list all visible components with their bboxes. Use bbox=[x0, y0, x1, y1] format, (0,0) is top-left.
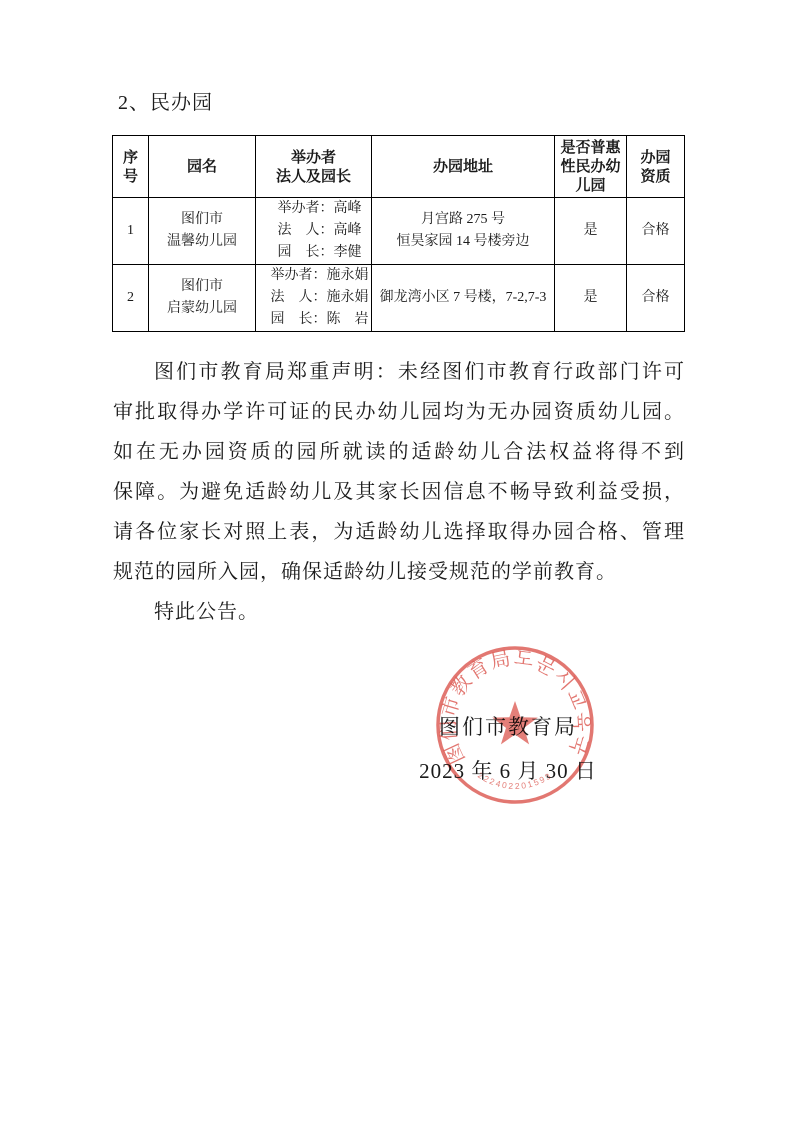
kindergarten-table: 序 号 园名 举办者 法人及园长 办园地址 是否普惠 性民办幼 儿园 bbox=[112, 135, 685, 332]
cell-inclusive: 是 bbox=[555, 198, 627, 265]
cell-name: 图们市 温馨幼儿园 bbox=[149, 198, 256, 265]
seal-arc-text: 图们市教育局도문시교육국 bbox=[436, 647, 592, 767]
signature-agency: 图们市教育局 bbox=[396, 711, 620, 741]
cell-name: 图们市 启蒙幼儿园 bbox=[149, 265, 256, 332]
statement-line: 请各位家长对照上表，为适龄幼儿选择取得办园合格、管理 bbox=[113, 512, 684, 552]
col-header-organizer: 举办者 法人及园长 bbox=[256, 136, 372, 198]
col-header-no: 序 号 bbox=[113, 136, 149, 198]
cell-organizer: 举办者：施永娟 法 人：施永娟 园 长：陈 岩 bbox=[256, 265, 372, 332]
cell-organizer: 举办者：高峰 法 人：高峰 园 长：李健 bbox=[256, 198, 372, 265]
section-title: 2、民办园 bbox=[118, 86, 213, 115]
col-header-qualification: 办园 资质 bbox=[627, 136, 685, 198]
statement-line: 保障。为避免适龄幼儿及其家长因信息不畅导致利益受损， bbox=[113, 472, 684, 512]
cell-address: 御龙湾小区 7 号楼，7-2,7-3 bbox=[372, 265, 555, 332]
cell-qualification: 合格 bbox=[627, 265, 685, 332]
cell-address: 月宫路 275 号 恒昊家园 14 号楼旁边 bbox=[372, 198, 555, 265]
table-row: 2 图们市 启蒙幼儿园 举办者：施永娟 法 人：施永娟 园 长：陈 岩 御龙湾小… bbox=[113, 265, 685, 332]
signature-date: 2023 年 6 月 30 日 bbox=[396, 755, 620, 785]
col-header-address: 办园地址 bbox=[372, 136, 555, 198]
statement-line: 规范的园所入园，确保适龄幼儿接受规范的学前教育。 bbox=[113, 552, 684, 592]
statement-closing: 特此公告。 bbox=[113, 592, 684, 632]
col-header-inclusive: 是否普惠 性民办幼 儿园 bbox=[555, 136, 627, 198]
statement-line: 审批取得办学许可证的民办幼儿园均为无办园资质幼儿园。 bbox=[113, 392, 684, 432]
document-page: 2、民办园 序 号 园名 举办者 法人及园长 办园地址 bbox=[0, 0, 793, 1121]
cell-no: 2 bbox=[113, 265, 149, 332]
cell-qualification: 合格 bbox=[627, 198, 685, 265]
statement-paragraph: 图们市教育局郑重声明：未经图们市教育行政部门许可 审批取得办学许可证的民办幼儿园… bbox=[113, 352, 684, 632]
cell-no: 1 bbox=[113, 198, 149, 265]
statement-line: 图们市教育局郑重声明：未经图们市教育行政部门许可 bbox=[113, 352, 684, 392]
statement-line: 如在无办园资质的园所就读的适龄幼儿合法权益将得不到 bbox=[113, 432, 684, 472]
col-header-name: 园名 bbox=[149, 136, 256, 198]
cell-inclusive: 是 bbox=[555, 265, 627, 332]
table-header-row: 序 号 园名 举办者 法人及园长 办园地址 是否普惠 性民办幼 儿园 bbox=[113, 136, 685, 198]
table-row: 1 图们市 温馨幼儿园 举办者：高峰 法 人：高峰 园 长：李健 月宫路 275… bbox=[113, 198, 685, 265]
